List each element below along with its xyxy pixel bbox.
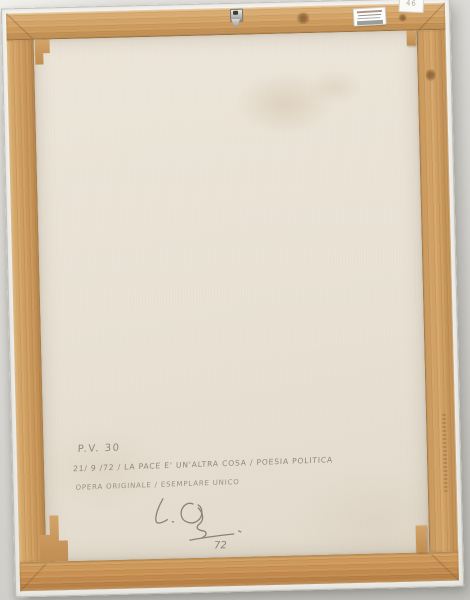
label-text-line: [357, 17, 380, 19]
wood-knot: [398, 14, 407, 22]
auction-label: [353, 7, 387, 27]
barcode: [357, 20, 382, 25]
corner-sticker: 46: [399, 0, 425, 13]
wood-knot: [296, 12, 310, 24]
label-text-line: [357, 10, 382, 13]
wood-knot: [425, 68, 435, 82]
stretcher-key-top-right: [407, 30, 416, 45]
label-text-line: [358, 14, 381, 16]
signature-dot: [172, 522, 173, 523]
signature-flourish: [197, 508, 206, 538]
hanger-slot: [233, 11, 238, 15]
stretcher-key-bottom-right: [416, 525, 428, 552]
hanging-hook: [229, 9, 242, 28]
signature-year: 72: [214, 540, 227, 551]
hanger-loop: [231, 19, 240, 28]
signature-letter-l: [155, 499, 167, 523]
signature-tick: [239, 531, 241, 532]
artwork-verso: 46 P.V. 30 21/ 9 /72 / LA PACE E' UN'ALT…: [1, 0, 464, 597]
artist-signature: 72: [141, 488, 272, 553]
inscription-inventory-number: P.V. 30: [77, 443, 120, 456]
signature-underline: [190, 534, 234, 540]
signature-letter-o: [181, 503, 202, 523]
